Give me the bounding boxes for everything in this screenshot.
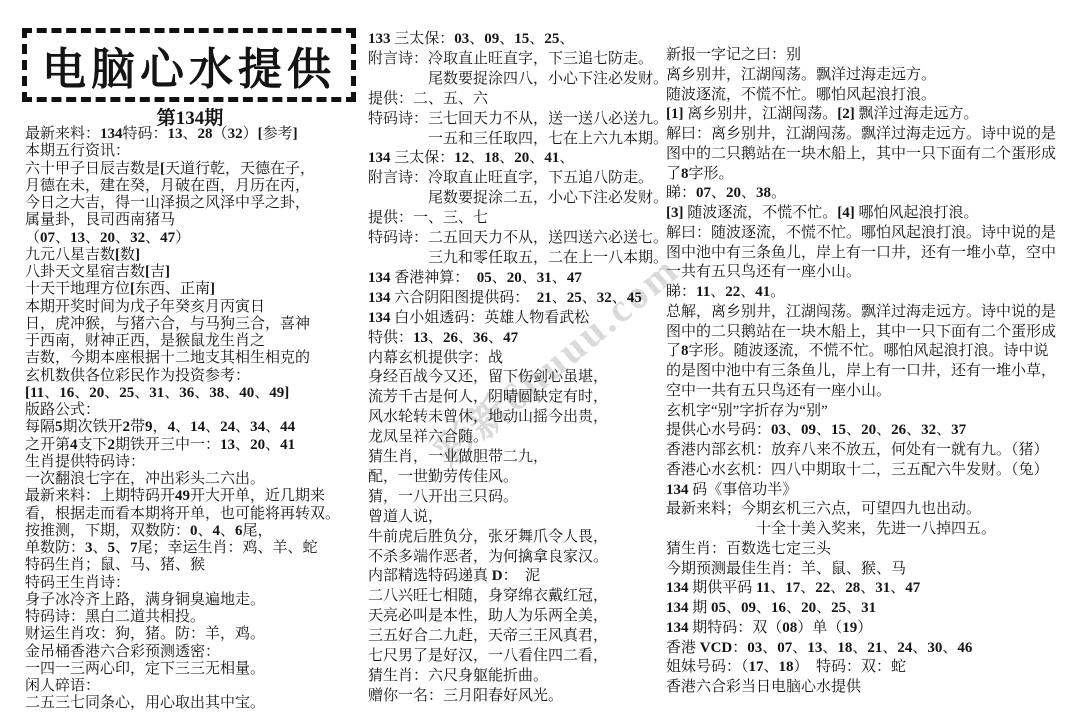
text-line: 离乡别井，江湖闯荡。飘洋过海走远方。 xyxy=(666,66,1078,86)
text-line: 内幕玄机提供字：战 xyxy=(368,349,670,369)
text-line: 一共有五只鸟还有一座小山。 xyxy=(666,263,1078,283)
text-line: 133 三太保：03、09、15、25、 xyxy=(368,30,670,50)
text-line: 身经百战今又还，留下伤剑心虽堪， xyxy=(368,368,670,388)
text-line: 二八兴旺七相随，身穿绵衣戴红冠， xyxy=(368,587,670,607)
text-line: 总解，离乡别井，江湖闯荡。飘洋过海走远方。诗中说的是 xyxy=(666,303,1078,323)
text-line: 二五三七同条心，用心取出其中宝。 xyxy=(25,695,373,712)
text-line: 特码诗：三七回天力不从，送一送八必送九。 xyxy=(368,110,670,130)
text-line: 134 期 05、09、16、20、25、31 xyxy=(666,599,1078,619)
text-line: 单数防：3、5、7尾；幸运生肖：鸡、羊、蛇 xyxy=(25,540,373,557)
text-line: 版路公式： xyxy=(25,402,373,419)
text-line: 一次翻浪七字在，冲出彩头二六出。 xyxy=(25,471,373,488)
text-line: 今期预测最佳生肖：羊、鼠、猴、马 xyxy=(666,560,1078,580)
text-line: 金吊桶香港六合彩预测透密： xyxy=(25,644,373,661)
text-line: 香港 VCD：03、07、13、18、21、24、30、46 xyxy=(666,639,1078,659)
text-line: 新报一字记之曰：别 xyxy=(666,46,1078,66)
page-title: 电脑心水提供 xyxy=(42,33,336,97)
text-line: 猜生肖：六尺身躯能折曲。 xyxy=(368,667,670,687)
text-line: 八卦天文星宿吉数[吉] xyxy=(25,264,373,281)
text-line: 流芳千古是何人，阴晴圆缺定有时， xyxy=(368,388,670,408)
text-line: 今日之大吉，得一山泽损之风泽中孚之卦， xyxy=(25,195,373,212)
text-line: 猜生肖：百数选七定三头 xyxy=(666,540,1078,560)
text-line: 玄机数供各位彩民作为投资参考： xyxy=(25,368,373,385)
text-line: 看，根据走而看本期将开单，也可能将再转双。 xyxy=(25,506,373,523)
text-line: 134 六合阴阳图提供码： 21、25、32、45 xyxy=(368,289,670,309)
text-line: 姐妹号码：（17、18） 特码：双：蛇 xyxy=(666,658,1078,678)
text-line: 吉数，今期本座根据十二地支其相生相克的 xyxy=(25,350,373,367)
text-line: 月德在未，建在癸，月破在酉，月历在丙， xyxy=(25,178,373,195)
text-line: 日，虎冲猴，与猪六合，与马狗三合，喜神 xyxy=(25,316,373,333)
text-line: [11、16、20、25、31、36、38、40、49] xyxy=(25,385,373,402)
text-line: 本期开奖时间为戊子年癸亥月丙寅日 xyxy=(25,299,373,316)
text-line: 财运生肖攻：狗，猪。防：羊，鸡。 xyxy=(25,626,373,643)
text-line: 特码诗：二五回天力不从，送四送六必送七。 xyxy=(368,229,670,249)
text-line: 按推测，下期，双数防：0、4、6尾， xyxy=(25,523,373,540)
text-line: 空中一共有五只鸟还有一座小山。 xyxy=(666,382,1078,402)
text-line: 龙凤呈祥六合随。 xyxy=(368,428,670,448)
text-line: 尾数要捉涂二五，小心下注必发财。 xyxy=(368,189,670,209)
text-line: 于西南，财神正西，是猴鼠龙生肖之 xyxy=(25,333,373,350)
text-line: 香港心水玄机：四八中期取十二，三五配六牛发财。（兔） xyxy=(666,461,1078,481)
text-line: 图中的二只鹅站在一块木船上，其中一只下面有二个蛋形成 xyxy=(666,323,1078,343)
text-line: 最新来料；今期玄机三六点，可望四九也出动。 xyxy=(666,500,1078,520)
text-line: 之开第4支下2期铁开三中一：13、20、41 xyxy=(25,437,373,454)
text-line: 特码生肖；鼠、马、猪、猴 xyxy=(25,557,373,574)
text-line: 属量卦，艮司西南猪马 xyxy=(25,212,373,229)
issue-number: 第134期 xyxy=(24,103,356,130)
text-line: 一四一三两心印，定下三三无相量。 xyxy=(25,661,373,678)
text-line: 134 白小姐透码：英雄人物看武松 xyxy=(368,309,670,329)
text-line: 了8字形。随波逐流，不慌不忙。哪怕风起浪打浪。诗中说 xyxy=(666,342,1078,362)
text-line: 解曰：随波逐流，不慌不忙。哪怕风起浪打浪。诗中说的是 xyxy=(666,224,1078,244)
text-line: 曾道人说， xyxy=(368,508,670,528)
text-line: 七尺男了是好汉，一八看住四二看， xyxy=(368,647,670,667)
text-line: 不杀多端作恶者，为何擒拿良家汉。 xyxy=(368,548,670,568)
tip-sheet-page: 彩新6huuu.com 电脑心水提供 第134期 最新来料：134特码：13、2… xyxy=(0,0,1080,722)
text-line: 134 香港神算： 05、20、31、47 xyxy=(368,269,670,289)
text-line: 香港六合彩当日电脑心水提供 xyxy=(666,678,1078,698)
text-line: 随波逐流，不慌不忙。哪怕风起浪打浪。 xyxy=(666,86,1078,106)
text-line: 猜生肖，一业做胆带二九， xyxy=(368,448,670,468)
middle-column: 133 三太保：03、09、15、25、附言诗：冷取直止旺直字，下三追七防走。 … xyxy=(368,30,670,707)
text-line: 牛前虎后胜负分，张牙舞爪令人畏， xyxy=(368,528,670,548)
text-line: 附言诗：冷取直止旺直字，下五追八防走。 xyxy=(368,169,670,189)
text-line: 生肖提供特码诗： xyxy=(25,454,373,471)
title-box: 电脑心水提供 xyxy=(22,28,356,102)
text-line: 提供：一、三、七 xyxy=(368,209,670,229)
text-line: 六十甲子日辰吉数是[天道行乾，天德在子， xyxy=(25,161,373,178)
text-line: 了8字形。 xyxy=(666,165,1078,185)
text-line: 三九和零任取五，二在上一八本期。 xyxy=(368,249,670,269)
text-line: 香港内部玄机：放弃八来不放五，何处有一就有九。（猪） xyxy=(666,441,1078,461)
text-line: 十全十美入奖来，先进一八掉四五。 xyxy=(666,520,1078,540)
text-line: 猜，一八开出三只码。 xyxy=(368,488,670,508)
text-line: 提供：二、五、六 xyxy=(368,90,670,110)
text-line: 三五好合二九赶，天帝三王风真君， xyxy=(368,627,670,647)
text-line: 玄机字“别”字折存为“别” xyxy=(666,402,1078,422)
text-line: 134 三太保：12、18、20、41、 xyxy=(368,149,670,169)
text-line: 提供心水号码：03、09、15、20、26、32、37 xyxy=(666,421,1078,441)
text-line: 附言诗：冷取直止旺直字，下三追七防走。 xyxy=(368,50,670,70)
text-line: [3] 随波逐流，不慌不忙。[4] 哪怕风起浪打浪。 xyxy=(666,204,1078,224)
text-line: 九元八星吉数[数] xyxy=(25,247,373,264)
text-line: 尾数要捉涂四八，小心下注必发财。 xyxy=(368,70,670,90)
text-line: 闲人碎语： xyxy=(25,678,373,695)
text-line: 134 码《事倍功半》 xyxy=(666,481,1078,501)
text-line: 十天干地理方位[东西、正南] xyxy=(25,281,373,298)
right-column: 新报一字记之曰：别离乡别井，江湖闯荡。飘洋过海走远方。随波逐流，不慌不忙。哪怕风… xyxy=(666,46,1078,698)
text-line: 天亮必叫是本性，助人为乐两全美， xyxy=(368,607,670,627)
text-line: 特码王生肖诗： xyxy=(25,575,373,592)
text-line: 134 期特码：双（08）单（19） xyxy=(666,619,1078,639)
text-line: 的是图中池中有三条鱼儿，岸上有一口井，还有一堆小草， xyxy=(666,362,1078,382)
text-line: 解曰：离乡别井，江湖闯荡。飘洋过海走远方。诗中说的是 xyxy=(666,125,1078,145)
text-line: 睇：11、22、41。 xyxy=(666,283,1078,303)
text-line: 风水轮转未曾休，地动山摇今出贵， xyxy=(368,408,670,428)
text-line: （07、13、20、32、47） xyxy=(25,230,373,247)
text-line: 图中池中有三条鱼儿，岸上有一口井，还有一堆小草，空中 xyxy=(666,244,1078,264)
text-line: 本期五行资讯： xyxy=(25,143,373,160)
left-column: 最新来料：134特码：13、28（32）[参考]本期五行资讯：六十甲子日辰吉数是… xyxy=(25,126,373,713)
text-line: [1] 离乡别井，江湖闯荡。[2] 飘洋过海走远方。 xyxy=(666,105,1078,125)
text-line: 内部精选特码递真 D： 泥 xyxy=(368,567,670,587)
text-line: 身子冰冷齐上路，满身铜臭遍地走。 xyxy=(25,592,373,609)
text-line: 特供：13、26、36、47 xyxy=(368,329,670,349)
text-line: 赠你一名：三月阳春好风光。 xyxy=(368,687,670,707)
text-line: 最新来料：上期特码开49开大开单，近几期来 xyxy=(25,488,373,505)
text-line: 134 期供平码 11、17、22、28、31、47 xyxy=(666,579,1078,599)
text-line: 睇：07、20、38。 xyxy=(666,184,1078,204)
text-line: 每隔5期次铁开2带9，4、14、24、34、44 xyxy=(25,419,373,436)
text-line: 图中的二只鹅站在一块木船上，其中一只下面有二个蛋形成 xyxy=(666,145,1078,165)
text-line: 配，一世勤劳传佳风。 xyxy=(368,468,670,488)
text-line: 一五和三任取四，七在上六九本期。 xyxy=(368,130,670,150)
text-line: 特码诗：黑白二道共相投。 xyxy=(25,609,373,626)
